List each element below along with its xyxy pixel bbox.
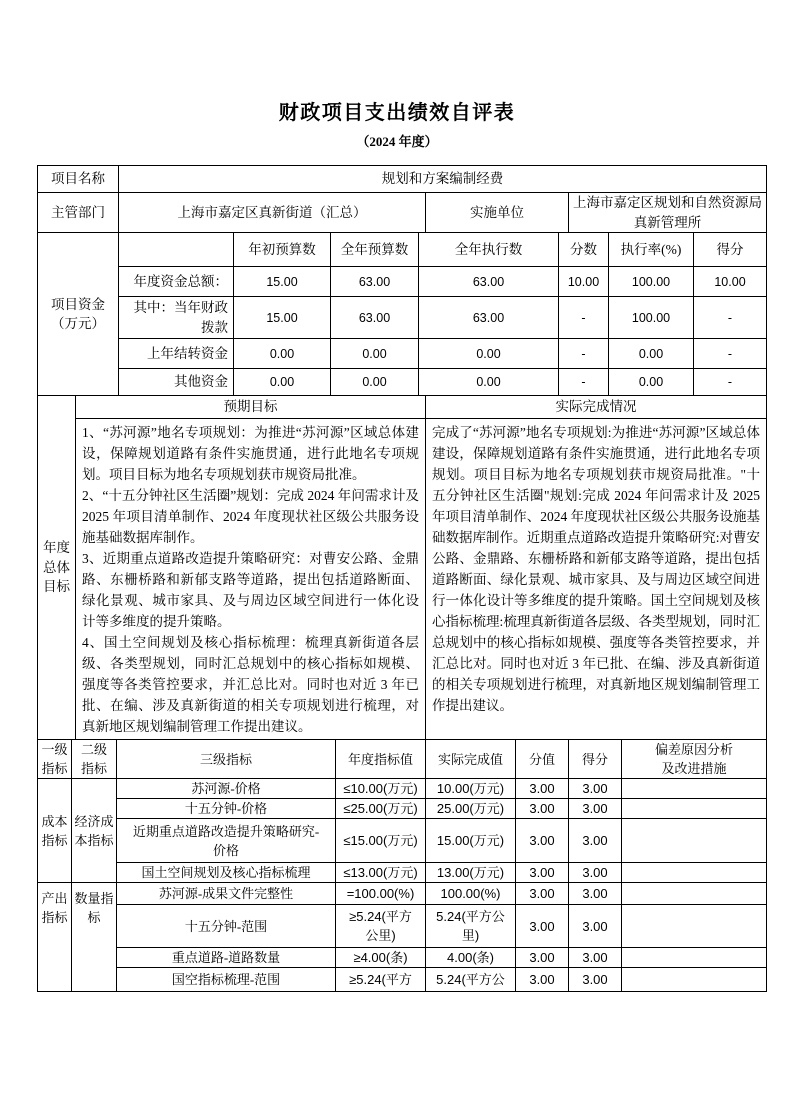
document-page: 财政项目支出绩效自评表 （2024 年度） 项目名称 规划和方案编制经费 主管部… — [0, 0, 794, 1108]
funding-value: 10.00 — [694, 267, 767, 297]
indicator-score: 3.00 — [516, 948, 569, 968]
indicator-level2-economic-cost: 经济成本指标 — [72, 779, 117, 883]
indicator-score: 3.00 — [516, 799, 569, 819]
page-title: 财政项目支出绩效自评表 — [0, 96, 794, 125]
expected-goal-header: 预期目标 — [76, 396, 426, 419]
goals-section-label: 年度总体目标 — [38, 396, 76, 740]
indicator-level3: 国空指标梳理-范围 — [117, 968, 336, 992]
indicator-level3: 苏河源-成果文件完整性 — [117, 883, 336, 905]
indicator-target-value: ≥5.24(平方 公里) — [336, 905, 426, 948]
indicator-level3: 重点道路-道路数量 — [117, 948, 336, 968]
table-row: 年度资金总额： 15.00 63.00 63.00 10.00 100.00 1… — [38, 267, 767, 297]
indicator-score: 3.00 — [516, 968, 569, 992]
funding-header-score: 分数 — [559, 233, 609, 267]
funding-value: 63.00 — [331, 267, 419, 297]
table-row: 国土空间规划及核心指标梳理 ≤13.00(万元) 13.00(万元) 3.00 … — [38, 863, 767, 883]
indicator-deviation — [622, 968, 767, 992]
indicator-level3: 十五分钟-价格 — [117, 799, 336, 819]
funding-header-initial-budget: 年初预算数 — [234, 233, 331, 267]
indicator-header-actual: 实际完成值 — [426, 740, 516, 779]
indicator-actual-value: 13.00(万元) — [426, 863, 516, 883]
indicator-header-target: 年度指标值 — [336, 740, 426, 779]
table-row: 上年结转资金 0.00 0.00 0.00 - 0.00 - — [38, 339, 767, 369]
indicator-header-level2: 二级 指标 — [72, 740, 117, 779]
indicator-deviation — [622, 799, 767, 819]
dept-value: 上海市嘉定区真新街道（汇总） — [119, 193, 426, 233]
funding-header-points: 得分 — [694, 233, 767, 267]
indicator-score: 3.00 — [516, 779, 569, 799]
table-row: 1、“苏河源”地名专项规划：为推进“苏河源”区域总体建设，保障规划道路有条件实施… — [38, 419, 767, 740]
indicator-level3: 国土空间规划及核心指标梳理 — [117, 863, 336, 883]
indicator-deviation — [622, 905, 767, 948]
actual-completion-text: 完成了“苏河源”地名专项规划:为推进“苏河源”区域总体建设，保障规划道路有条件实… — [426, 419, 767, 740]
table-row: 其他资金 0.00 0.00 0.00 - 0.00 - — [38, 369, 767, 396]
impl-unit-label: 实施单位 — [426, 193, 569, 233]
project-name-value: 规划和方案编制经费 — [119, 166, 767, 193]
funding-header-annual-execution: 全年执行数 — [419, 233, 559, 267]
funding-value: 0.00 — [331, 339, 419, 369]
funding-value: - — [694, 339, 767, 369]
indicator-level1-output: 产出指标 — [38, 883, 72, 992]
indicator-deviation — [622, 863, 767, 883]
funding-table: 项目资金 （万元） 年初预算数 全年预算数 全年执行数 分数 执行率(%) 得分… — [37, 232, 767, 396]
dept-label: 主管部门 — [38, 193, 119, 233]
table-row: 项目资金 （万元） 年初预算数 全年预算数 全年执行数 分数 执行率(%) 得分 — [38, 233, 767, 267]
indicator-actual-value: 15.00(万元) — [426, 819, 516, 863]
table-row: 近期重点道路改造提升策略研究- 价格 ≤15.00(万元) 15.00(万元) … — [38, 819, 767, 863]
funding-value: - — [694, 297, 767, 339]
funding-row-label: 其中：当年财政拨款 — [119, 297, 234, 339]
evaluation-table: 项目名称 规划和方案编制经费 主管部门 上海市嘉定区真新街道（汇总） 实施单位 … — [37, 165, 766, 992]
indicator-deviation — [622, 883, 767, 905]
indicator-got: 3.00 — [569, 968, 622, 992]
indicator-target-value: ≤25.00(万元) — [336, 799, 426, 819]
table-row: 十五分钟-范围 ≥5.24(平方 公里) 5.24(平方公 里) 3.00 3.… — [38, 905, 767, 948]
table-row: 十五分钟-价格 ≤25.00(万元) 25.00(万元) 3.00 3.00 — [38, 799, 767, 819]
funding-value: 0.00 — [419, 339, 559, 369]
indicator-level3: 近期重点道路改造提升策略研究- 价格 — [117, 819, 336, 863]
funding-value: 0.00 — [609, 369, 694, 396]
indicator-got: 3.00 — [569, 799, 622, 819]
funding-value: 10.00 — [559, 267, 609, 297]
indicator-got: 3.00 — [569, 779, 622, 799]
impl-unit-value: 上海市嘉定区规划和自然资源局真新管理所 — [569, 193, 767, 233]
expected-goal-text: 1、“苏河源”地名专项规划：为推进“苏河源”区域总体建设，保障规划道路有条件实施… — [76, 419, 426, 740]
funding-section-label: 项目资金 （万元） — [38, 233, 119, 396]
indicator-level2-quantity: 数量指标 — [72, 883, 117, 992]
indicator-header-level1: 一级 指标 — [38, 740, 72, 779]
funding-value: - — [559, 297, 609, 339]
funding-value: 100.00 — [609, 267, 694, 297]
table-row: 主管部门 上海市嘉定区真新街道（汇总） 实施单位 上海市嘉定区规划和自然资源局真… — [38, 193, 767, 233]
indicator-level3: 十五分钟-范围 — [117, 905, 336, 948]
goals-table: 年度总体目标 预期目标 实际完成情况 1、“苏河源”地名专项规划：为推进“苏河源… — [37, 395, 767, 740]
funding-value: 0.00 — [234, 339, 331, 369]
indicator-level3: 苏河源-价格 — [117, 779, 336, 799]
indicator-header-score: 分值 — [516, 740, 569, 779]
indicators-table: 一级 指标 二级 指标 三级指标 年度指标值 实际完成值 分值 得分 偏差原因分… — [37, 739, 767, 992]
indicator-target-value: =100.00(%) — [336, 883, 426, 905]
indicator-deviation — [622, 948, 767, 968]
funding-value: - — [559, 369, 609, 396]
funding-row-label: 其他资金 — [119, 369, 234, 396]
indicator-got: 3.00 — [569, 948, 622, 968]
project-name-label: 项目名称 — [38, 166, 119, 193]
table-row: 产出指标 数量指标 苏河源-成果文件完整性 =100.00(%) 100.00(… — [38, 883, 767, 905]
funding-header-annual-budget: 全年预算数 — [331, 233, 419, 267]
indicator-got: 3.00 — [569, 863, 622, 883]
indicator-score: 3.00 — [516, 883, 569, 905]
indicator-header-got: 得分 — [569, 740, 622, 779]
project-info-table: 项目名称 规划和方案编制经费 主管部门 上海市嘉定区真新街道（汇总） 实施单位 … — [37, 165, 767, 233]
indicator-target-value: ≥5.24(平方 — [336, 968, 426, 992]
indicator-target-value: ≤10.00(万元) — [336, 779, 426, 799]
indicator-deviation — [622, 819, 767, 863]
indicator-actual-value: 4.00(条) — [426, 948, 516, 968]
funding-row-label: 上年结转资金 — [119, 339, 234, 369]
indicator-got: 3.00 — [569, 905, 622, 948]
indicator-actual-value: 5.24(平方公 — [426, 968, 516, 992]
funding-value: 15.00 — [234, 297, 331, 339]
table-row: 其中：当年财政拨款 15.00 63.00 63.00 - 100.00 - — [38, 297, 767, 339]
funding-corner-cell — [119, 233, 234, 267]
actual-completion-header: 实际完成情况 — [426, 396, 767, 419]
table-row: 项目名称 规划和方案编制经费 — [38, 166, 767, 193]
funding-value: 0.00 — [331, 369, 419, 396]
indicator-header-level3: 三级指标 — [117, 740, 336, 779]
table-row: 成本指标 经济成本指标 苏河源-价格 ≤10.00(万元) 10.00(万元) … — [38, 779, 767, 799]
indicator-got: 3.00 — [569, 883, 622, 905]
funding-value: - — [559, 339, 609, 369]
indicator-actual-value: 100.00(%) — [426, 883, 516, 905]
funding-value: 63.00 — [419, 267, 559, 297]
indicator-got: 3.00 — [569, 819, 622, 863]
indicator-target-value: ≤13.00(万元) — [336, 863, 426, 883]
indicator-deviation — [622, 779, 767, 799]
indicator-score: 3.00 — [516, 863, 569, 883]
indicator-actual-value: 25.00(万元) — [426, 799, 516, 819]
funding-header-execution-rate: 执行率(%) — [609, 233, 694, 267]
table-row: 一级 指标 二级 指标 三级指标 年度指标值 实际完成值 分值 得分 偏差原因分… — [38, 740, 767, 779]
table-row: 国空指标梳理-范围 ≥5.24(平方 5.24(平方公 3.00 3.00 — [38, 968, 767, 992]
indicator-header-deviation: 偏差原因分析 及改进措施 — [622, 740, 767, 779]
funding-value: 0.00 — [609, 339, 694, 369]
indicator-score: 3.00 — [516, 905, 569, 948]
table-row: 重点道路-道路数量 ≥4.00(条) 4.00(条) 3.00 3.00 — [38, 948, 767, 968]
table-row: 年度总体目标 预期目标 实际完成情况 — [38, 396, 767, 419]
indicator-level1-cost: 成本指标 — [38, 779, 72, 883]
indicator-score: 3.00 — [516, 819, 569, 863]
indicator-actual-value: 5.24(平方公 里) — [426, 905, 516, 948]
funding-value: - — [694, 369, 767, 396]
funding-value: 100.00 — [609, 297, 694, 339]
funding-value: 63.00 — [331, 297, 419, 339]
funding-value: 15.00 — [234, 267, 331, 297]
funding-row-label: 年度资金总额： — [119, 267, 234, 297]
funding-value: 0.00 — [234, 369, 331, 396]
funding-value: 63.00 — [419, 297, 559, 339]
page-subtitle: （2024 年度） — [0, 131, 794, 150]
indicator-target-value: ≤15.00(万元) — [336, 819, 426, 863]
indicator-target-value: ≥4.00(条) — [336, 948, 426, 968]
indicator-actual-value: 10.00(万元) — [426, 779, 516, 799]
funding-value: 0.00 — [419, 369, 559, 396]
